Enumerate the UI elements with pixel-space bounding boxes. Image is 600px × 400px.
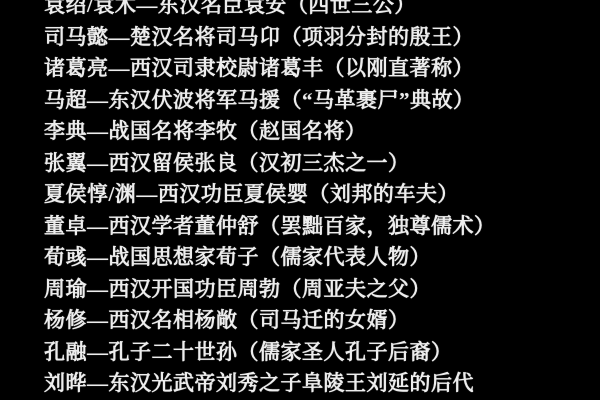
list-line-liuye: 刘晔—东汉光武帝刘秀之子阜陵王刘延的后代 bbox=[44, 368, 590, 400]
name-comparison-list: 袁绍/袁术—东汉名臣袁安（四世三公） 司马懿—楚汉名将司马卬（项羽分封的殷王） … bbox=[44, 0, 590, 400]
list-line-lidian: 李典—战国名将李牧（赵国名将） bbox=[44, 116, 590, 148]
list-line-machao: 马超—东汉伏波将军马援（“马革裹尸”典故） bbox=[44, 85, 590, 117]
list-line-yangxiu: 杨修—西汉名相杨敞（司马迁的女婿） bbox=[44, 305, 590, 337]
list-line-zhugeliang: 诸葛亮—西汉司隶校尉诸葛丰（以刚直著称） bbox=[44, 53, 590, 85]
list-line-zhangyi: 张翼—西汉留侯张良（汉初三杰之一） bbox=[44, 148, 590, 180]
list-line-xiahou: 夏侯惇/渊—西汉功臣夏侯婴（刘邦的车夫） bbox=[44, 179, 590, 211]
list-line-zhouyu: 周瑜—西汉开国功臣周勃（周亚夫之父） bbox=[44, 274, 590, 306]
list-line-xunyu: 荀彧—战国思想家荀子（儒家代表人物） bbox=[44, 242, 590, 274]
list-line-yuanshao: 袁绍/袁术—东汉名臣袁安（四世三公） bbox=[44, 0, 590, 22]
list-line-dongzhuo: 董卓—西汉学者董仲舒（罢黜百家，独尊儒术） bbox=[44, 211, 590, 243]
list-line-simayi: 司马懿—楚汉名将司马卬（项羽分封的殷王） bbox=[44, 22, 590, 54]
list-line-kongrong: 孔融—孔子二十世孙（儒家圣人孔子后裔） bbox=[44, 337, 590, 369]
